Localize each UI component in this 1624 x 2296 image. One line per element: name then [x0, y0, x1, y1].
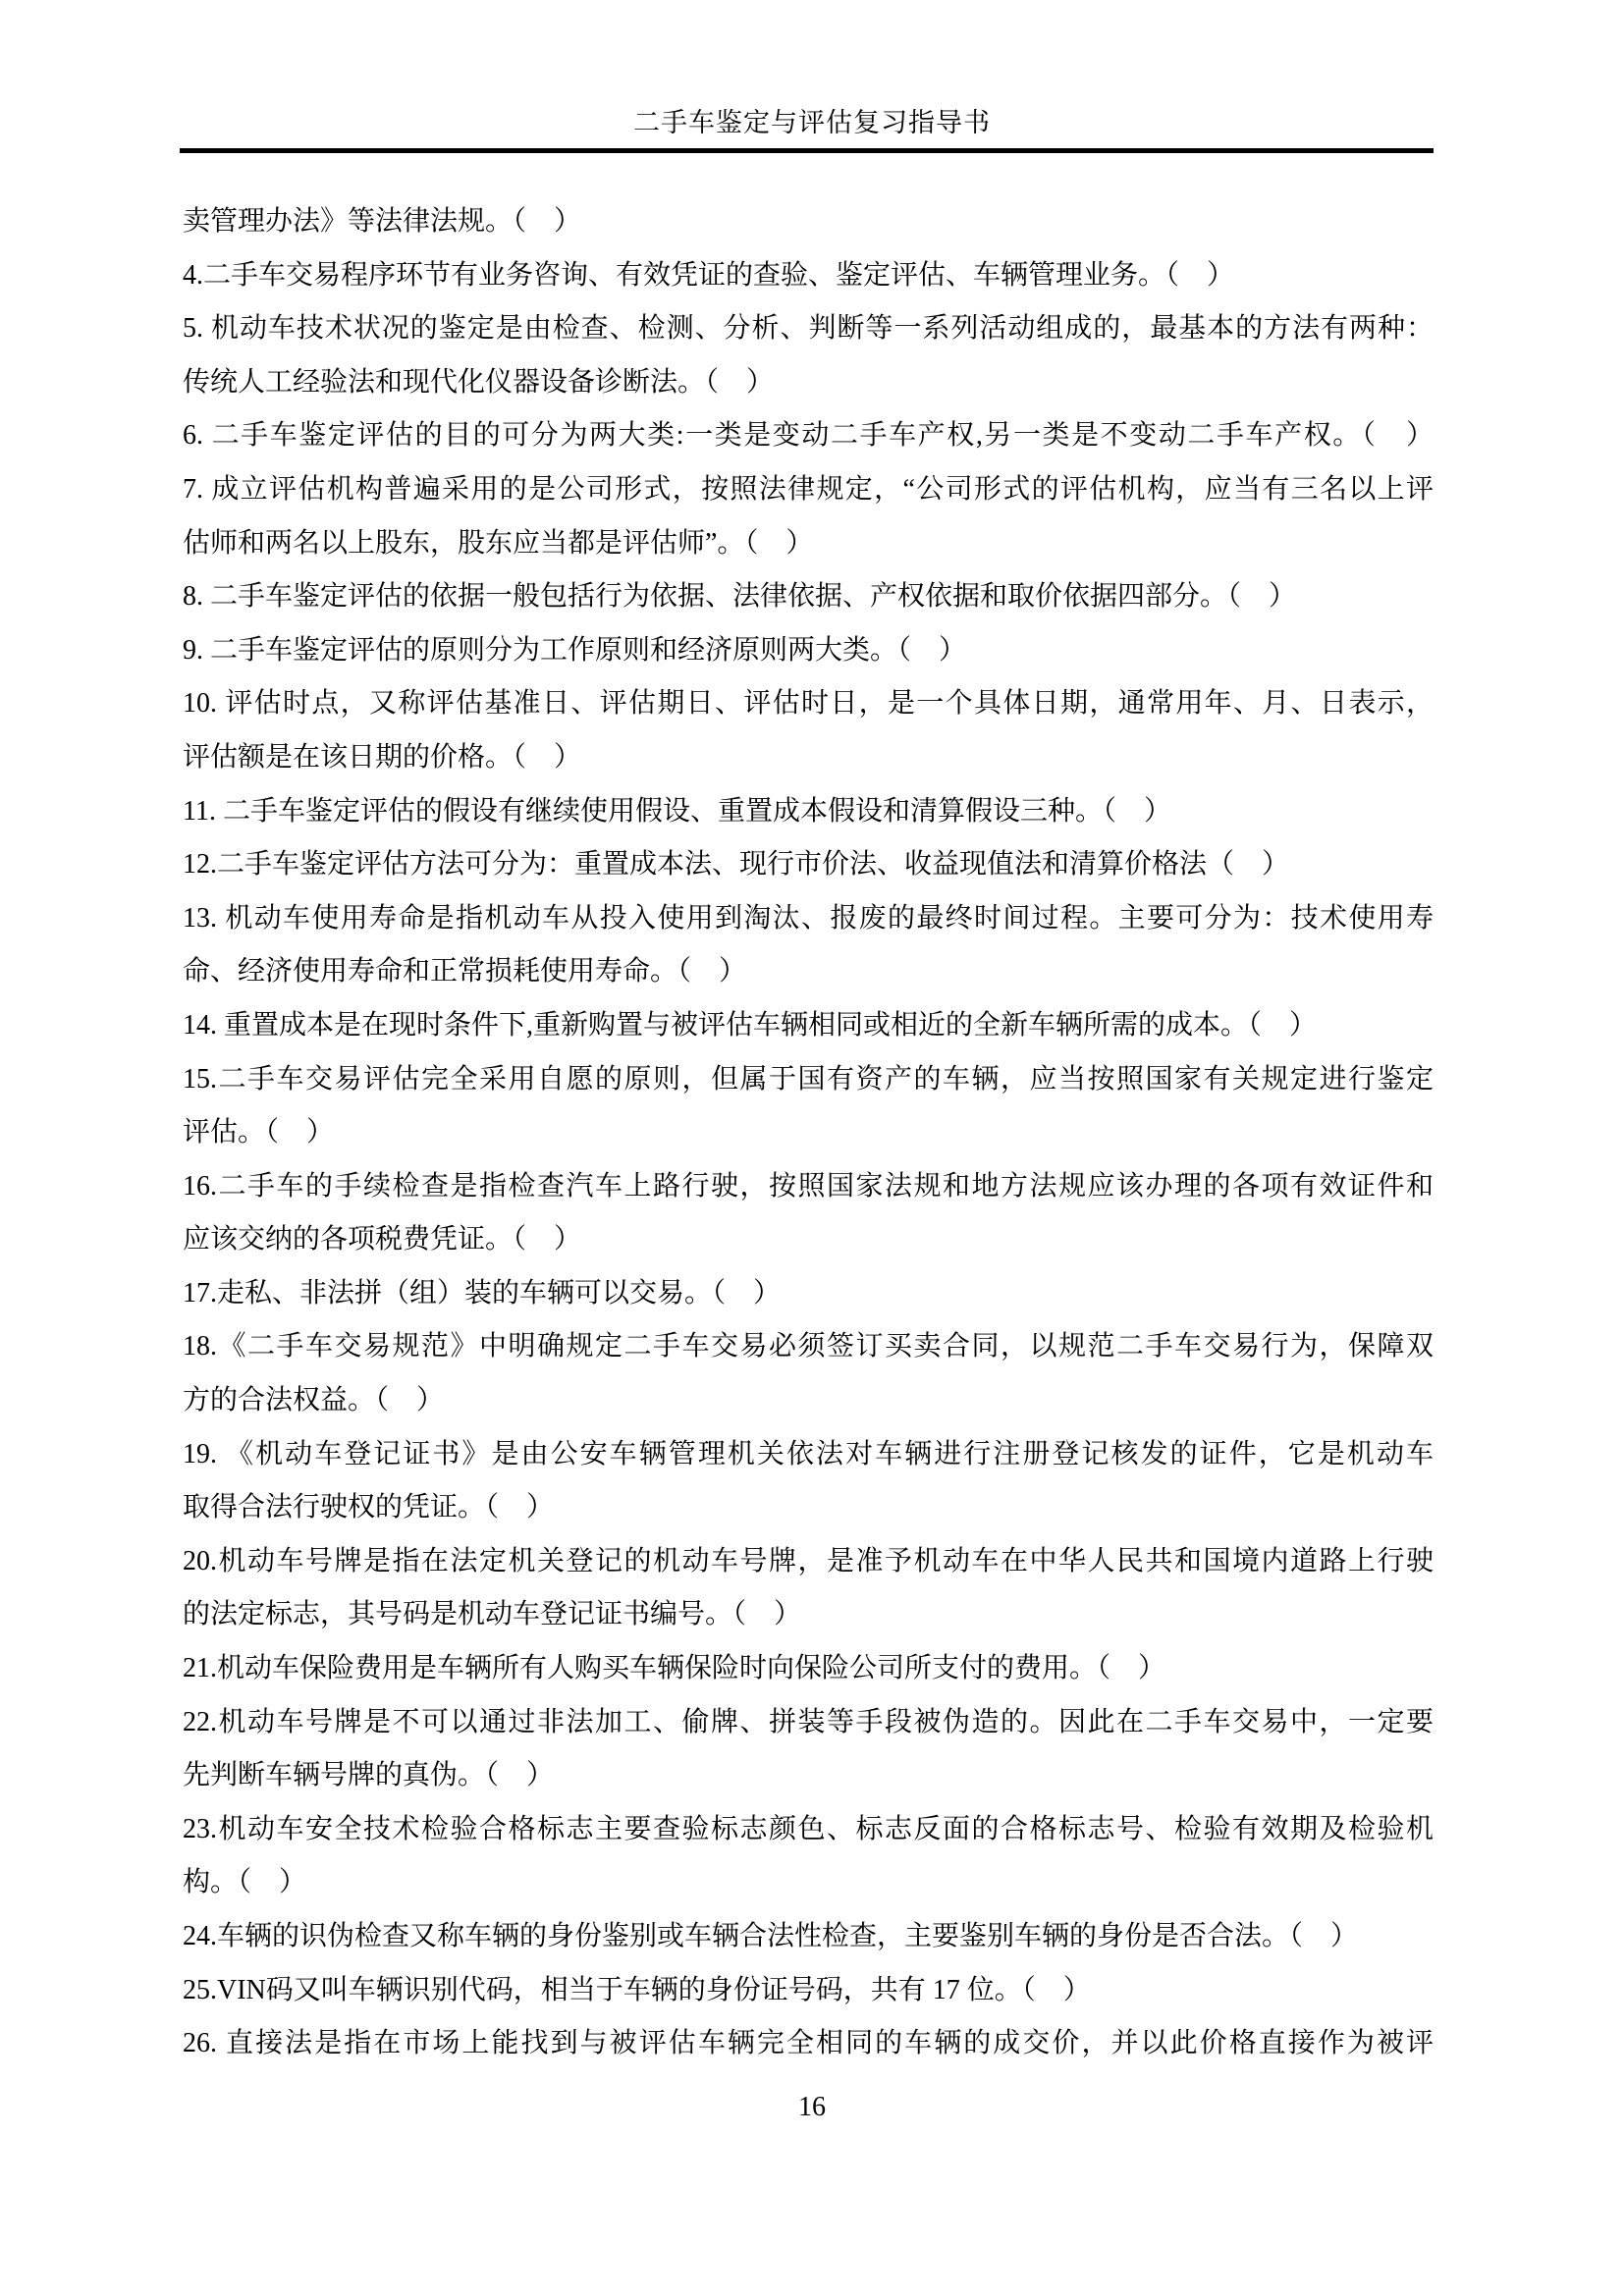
text-line: 15.二手车交易评估完全采用自愿的原则，但属于国有资产的车辆，应当按照国家有关规… [183, 1053, 1434, 1107]
text-line: 11. 二手车鉴定评估的假设有继续使用假设、重置成本假设和清算假设三种。（ ） [183, 785, 1434, 839]
text-line: 9. 二手车鉴定评估的原则分为工作原则和经济原则两大类。（ ） [183, 624, 1434, 678]
text-line: 25.VIN码又叫车辆识别代码，相当于车辆的身份证号码，共有 17 位。（ ） [183, 1964, 1434, 2018]
text-line: 5. 机动车技术状况的鉴定是由检查、检测、分析、判断等一系列活动组成的，最基本的… [183, 302, 1434, 356]
page-header-title: 二手车鉴定与评估复习指导书 [0, 106, 1624, 139]
text-line: 23.机动车安全技术检验合格标志主要查验标志颜色、标志反面的合格标志号、检验有效… [183, 1803, 1434, 1857]
text-line: 22.机动车号牌是不可以通过非法加工、偷牌、拼装等手段被伪造的。因此在二手车交易… [183, 1696, 1434, 1750]
text-line: 构。（ ） [183, 1856, 1434, 1910]
page-number: 16 [0, 2091, 1624, 2124]
text-line: 估师和两名以上股东，股东应当都是评估师”。（ ） [183, 517, 1434, 571]
text-line: 24.车辆的识伪检查又称车辆的身份鉴别或车辆合法性检查，主要鉴别车辆的身份是否合… [183, 1910, 1434, 1964]
text-line: 的法定标志，其号码是机动车登记证书编号。（ ） [183, 1588, 1434, 1642]
text-line: 评估。（ ） [183, 1106, 1434, 1160]
text-line: 20.机动车号牌是指在法定机关登记的机动车号牌，是准予机动车在中华人民共和国境内… [183, 1535, 1434, 1589]
text-line: 命、经济使用寿命和正常损耗使用寿命。（ ） [183, 945, 1434, 999]
text-line: 10. 评估时点，又称评估基准日、评估期日、评估时日，是一个具体日期，通常用年、… [183, 677, 1434, 731]
text-line: 8. 二手车鉴定评估的依据一般包括行为依据、法律依据、产权依据和取价依据四部分。… [183, 570, 1434, 624]
text-line: 评估额是在该日期的价格。（ ） [183, 731, 1434, 785]
text-line: 先判断车辆号牌的真伪。（ ） [183, 1749, 1434, 1803]
text-line: 取得合法行驶权的凭证。（ ） [183, 1481, 1434, 1535]
text-line: 6. 二手车鉴定评估的目的可分为两大类:一类是变动二手车产权,另一类是不变动二手… [183, 409, 1434, 463]
text-line: 13. 机动车使用寿命是指机动车从投入使用到淘汰、报废的最终时间过程。主要可分为… [183, 892, 1434, 946]
text-line: 方的合法权益。（ ） [183, 1374, 1434, 1428]
text-line: 4.二手车交易程序环节有业务咨询、有效凭证的查验、鉴定评估、车辆管理业务。（ ） [183, 249, 1434, 303]
header-rule [180, 148, 1434, 153]
text-line: 18.《二手车交易规范》中明确规定二手车交易必须签订买卖合同，以规范二手车交易行… [183, 1320, 1434, 1374]
text-line: 传统人工经验法和现代化仪器设备诊断法。（ ） [183, 356, 1434, 410]
text-line: 16.二手车的手续检查是指检查汽车上路行驶，按照国家法规和地方法规应该办理的各项… [183, 1160, 1434, 1214]
text-line: 7. 成立评估机构普遍采用的是公司形式，按照法律规定，“公司形式的评估机构，应当… [183, 463, 1434, 517]
text-line: 12.二手车鉴定评估方法可分为：重置成本法、现行市价法、收益现值法和清算价格法（… [183, 838, 1434, 892]
text-line: 14. 重置成本是在现时条件下,重新购置与被评估车辆相同或相近的全新车辆所需的成… [183, 999, 1434, 1053]
text-line: 26. 直接法是指在市场上能找到与被评估车辆完全相同的车辆的成交价，并以此价格直… [183, 2017, 1434, 2071]
question-list: 卖管理办法》等法律法规。（ ）4.二手车交易程序环节有业务咨询、有效凭证的查验、… [183, 195, 1434, 2071]
document-page: 二手车鉴定与评估复习指导书 卖管理办法》等法律法规。（ ）4.二手车交易程序环节… [0, 0, 1624, 2296]
text-line: 21.机动车保险费用是车辆所有人购买车辆保险时向保险公司所支付的费用。（ ） [183, 1642, 1434, 1696]
text-line: 17.走私、非法拼（组）装的车辆可以交易。（ ） [183, 1267, 1434, 1321]
text-line: 19. 《机动车登记证书》是由公安车辆管理机关依法对车辆进行注册登记核发的证件，… [183, 1428, 1434, 1482]
text-line: 应该交纳的各项税费凭证。（ ） [183, 1213, 1434, 1267]
text-line: 卖管理办法》等法律法规。（ ） [183, 195, 1434, 249]
